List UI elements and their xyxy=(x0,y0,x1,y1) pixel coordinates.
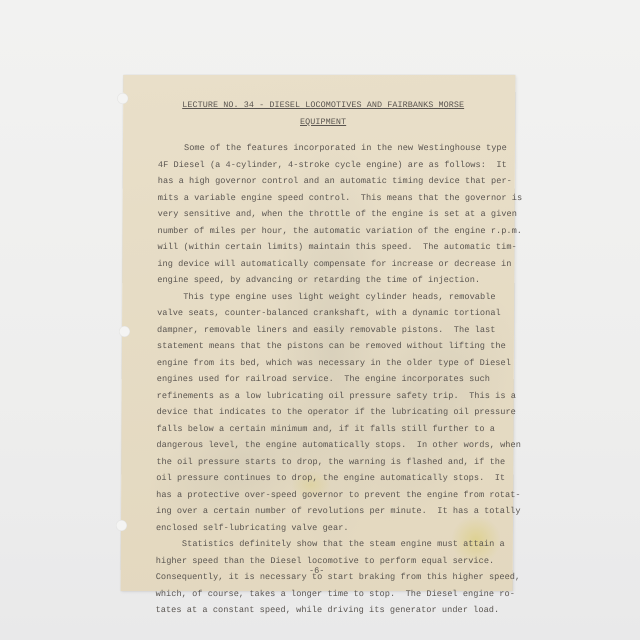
paragraphs: Some of the features incorporated in the… xyxy=(156,140,489,619)
text-line: This type engine uses light weight cylin… xyxy=(157,289,487,306)
text-line: oil pressure continues to drop, the engi… xyxy=(156,470,486,487)
text-line: Statistics definitely show that the stea… xyxy=(156,536,486,553)
text-line: 4F Diesel (a 4-cylinder, 4-stroke cycle … xyxy=(158,157,488,174)
text-line: device that indicates to the operator if… xyxy=(157,404,487,421)
text-line: which, of course, takes a longer time to… xyxy=(156,586,486,603)
text-line: mits a variable engine speed control. Th… xyxy=(158,190,488,207)
text-line: ing over a certain number of revolutions… xyxy=(156,503,486,520)
text-line: engine from its bed, which was necessary… xyxy=(157,355,487,372)
punch-hole xyxy=(117,93,128,104)
text-line: will (within certain limits) maintain th… xyxy=(157,239,487,256)
text-line: dampner, removable liners and easily rem… xyxy=(157,322,487,339)
page-number: -6- xyxy=(121,566,513,576)
lecture-heading: LECTURE NO. 34 - DIESEL LOCOMOTIVES AND … xyxy=(158,97,488,130)
text-line: Some of the features incorporated in the… xyxy=(158,140,488,157)
text-line: dangerous level, the engine automaticall… xyxy=(156,437,486,454)
punch-hole xyxy=(116,520,127,531)
document-body: LECTURE NO. 34 - DIESEL LOCOMOTIVES AND … xyxy=(156,97,489,619)
text-line: statement means that the pistons can be … xyxy=(157,338,487,355)
text-line: refinements as a low lubricating oil pre… xyxy=(157,388,487,405)
text-line: engine speed, by advancing or retarding … xyxy=(157,272,487,289)
paragraph: Some of the features incorporated in the… xyxy=(157,140,488,289)
punch-hole xyxy=(119,326,130,337)
text-line: the oil pressure starts to drop, the war… xyxy=(156,454,486,471)
text-line: engines used for railroad service. The e… xyxy=(157,371,487,388)
text-line: tates at a constant speed, while driving… xyxy=(156,602,486,619)
text-line: enclosed self-lubricating valve gear. xyxy=(156,520,486,537)
document-page: LECTURE NO. 34 - DIESEL LOCOMOTIVES AND … xyxy=(121,75,516,591)
paragraph: This type engine uses light weight cylin… xyxy=(156,289,487,537)
text-line: falls below a certain minimum and, if it… xyxy=(156,421,486,438)
text-line: ing device will automatically compensate… xyxy=(157,256,487,273)
paragraph: Statistics definitely show that the stea… xyxy=(156,536,486,619)
text-line: number of miles per hour, the automatic … xyxy=(157,223,487,240)
text-line: has a protective over-speed governor to … xyxy=(156,487,486,504)
text-line: has a high governor control and an autom… xyxy=(158,173,488,190)
text-line: very sensitive and, when the throttle of… xyxy=(158,206,488,223)
text-line: valve seats, counter-balanced crankshaft… xyxy=(157,305,487,322)
